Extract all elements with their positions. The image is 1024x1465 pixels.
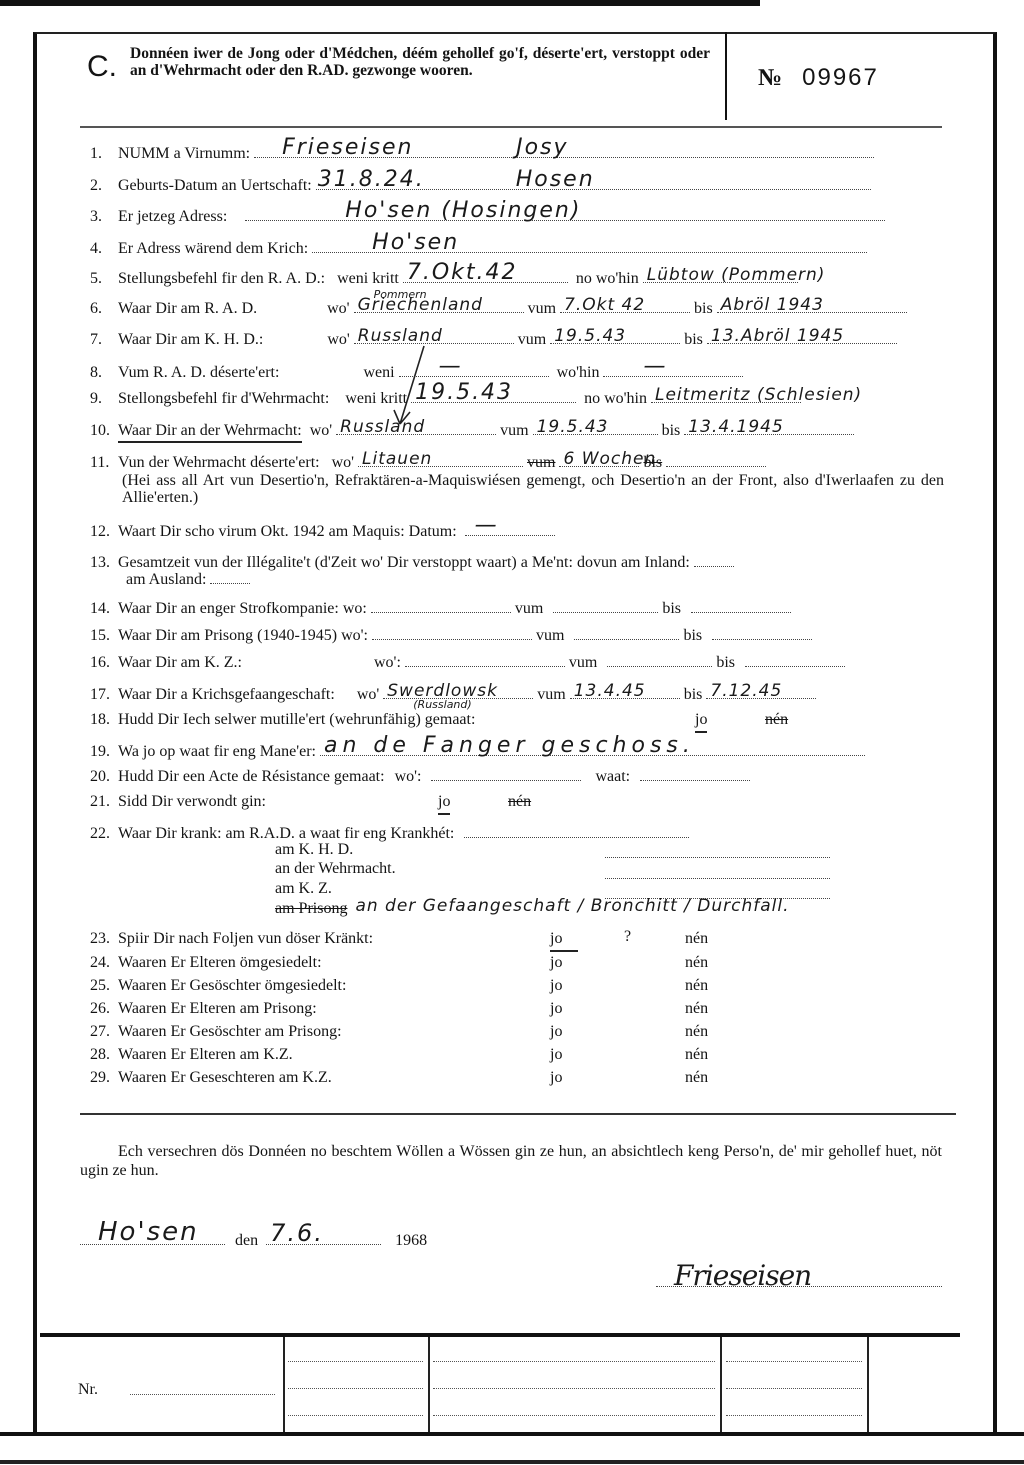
place-input[interactable]: Ho'sen — [80, 1230, 225, 1245]
siblings-resettled-yes-option[interactable]: jo — [550, 977, 562, 995]
declaration-text: Ech versechren dös Donnéen no beschtem W… — [80, 1142, 942, 1180]
illness-sub-kz: am K. Z. — [275, 880, 332, 898]
place-date-line: Ho'sen den 7.6. 1968 — [80, 1230, 427, 1250]
illness-effects-yes-option[interactable]: jo — [550, 930, 578, 952]
field-wehrmacht-order: 9.Stellongsbefehl fir d'Wehrmacht: weni … — [90, 388, 801, 408]
table-cell-line[interactable] — [288, 1361, 423, 1362]
table-divider — [283, 1337, 285, 1433]
prison-from-input[interactable] — [574, 625, 679, 640]
current-address-input[interactable]: Ho'sen (Hosingen) — [245, 206, 885, 221]
table-cell-line[interactable] — [433, 1415, 715, 1416]
nr-input[interactable] — [130, 1394, 275, 1395]
table-cell-line[interactable] — [433, 1361, 715, 1362]
penal-company-to-input[interactable] — [691, 598, 791, 613]
illness-wehrmacht-input[interactable] — [605, 864, 830, 879]
penal-company-location-input[interactable] — [371, 598, 511, 613]
field-khd-service: 7.Waar Dir am K. H. D.: wo' Russland vum… — [90, 329, 897, 349]
desertion-to-input[interactable] — [666, 452, 766, 467]
pow-to-input[interactable]: 7.12.45 — [706, 684, 816, 699]
field-war-address: 4.Er Adress wärend dem Krich: Ho'sen — [90, 238, 867, 258]
field-illness: 22.Waar Dir krank: am R.A.D. a waat fir … — [90, 823, 689, 843]
form-number: №09967 — [758, 64, 879, 92]
field-wehrmacht-service: 10.Waar Dir an der Wehrmacht: wo' Russla… — [90, 420, 854, 440]
table-cell-line[interactable] — [726, 1388, 862, 1389]
wehrmacht-location-input[interactable]: Russland — [336, 420, 496, 435]
illegality-abroad-input[interactable] — [210, 569, 250, 584]
field-birth: 2.Geburts-Datum an Uertschaft: 31.8.24. … — [90, 175, 871, 195]
field-penal-company: 14.Waar Dir an enger Strofkompanie: wo: … — [90, 598, 791, 618]
field-prison: 15.Waar Dir am Prisong (1940-1945) wo': … — [90, 625, 812, 645]
illness-khd-input[interactable] — [605, 843, 830, 858]
question-mark: ? — [624, 928, 631, 946]
illness-effects-no-option[interactable]: nén — [685, 930, 708, 948]
resistance-what-input[interactable] — [640, 766, 750, 781]
number-symbol: № — [758, 65, 784, 91]
rad-service-to-input[interactable]: Abröl 1943 — [717, 298, 907, 313]
table-cell-line[interactable] — [433, 1388, 715, 1389]
parents-prison-no-option[interactable]: nén — [685, 1000, 708, 1018]
illegality-inland-input[interactable] — [694, 552, 734, 567]
nr-label: Nr. — [78, 1381, 98, 1399]
maquis-date-input[interactable]: — — [465, 521, 555, 536]
mutilation-manner-input[interactable]: an de Fanger geschoss. — [320, 741, 865, 756]
illness-sub-wehrmacht: an der Wehrmacht. — [275, 860, 396, 878]
field-wounded: 21.Sidd Dir verwondt gin: — [90, 793, 266, 811]
kz-to-input[interactable] — [745, 652, 845, 667]
field-parents-prison: 26.Waaren Er Elteren am Prisong: — [90, 1000, 317, 1018]
birth-input[interactable]: 31.8.24. Hosen — [316, 175, 871, 190]
rad-desertion-destination-input[interactable]: — — [603, 362, 743, 377]
siblings-kz-yes-option[interactable]: jo — [550, 1069, 562, 1087]
field-parents-kz: 28.Waaren Er Elteren am K.Z. — [90, 1046, 293, 1064]
illness-sub-khd: am K. H. D. — [275, 841, 353, 859]
parents-resettled-yes-option[interactable]: jo — [550, 954, 562, 972]
desertion-from-input[interactable]: 6 Wochen — [559, 452, 639, 467]
prison-to-input[interactable] — [712, 625, 812, 640]
field-rad-service: 6.Waar Dir am R. A. D. wo' Pommern Griec… — [90, 298, 907, 318]
parents-kz-yes-option[interactable]: jo — [550, 1046, 562, 1064]
table-divider — [867, 1337, 869, 1433]
field-siblings-resettled: 25.Waaren Er Gesöschter ömgesiedelt: — [90, 977, 346, 995]
field-self-mutilation: 18.Hudd Dir Iech selwer mutille'ert (weh… — [90, 711, 475, 729]
field-mutilation-manner: 19.Wa jo op waat fir eng Mane'er: an de … — [90, 741, 865, 761]
section-letter: C. — [87, 50, 117, 84]
resistance-location-input[interactable] — [431, 766, 581, 781]
scan-edge-top — [0, 0, 760, 6]
table-divider — [720, 1337, 722, 1433]
khd-to-input[interactable]: 13.Abröl 1945 — [707, 329, 897, 344]
header-divider — [725, 32, 727, 120]
war-address-input[interactable]: Ho'sen — [312, 238, 867, 253]
parents-kz-no-option[interactable]: nén — [685, 1046, 708, 1064]
pow-location-input[interactable]: Swerdlowsk (Russland) — [383, 684, 533, 699]
field-parents-resettled: 24.Waaren Er Elteren ömgesiedelt: — [90, 954, 322, 972]
table-cell-line[interactable] — [288, 1388, 423, 1389]
rad-order-date-input[interactable]: 7.Okt.42 — [403, 268, 568, 283]
wehrmacht-to-input[interactable]: 13.4.1945 — [684, 420, 854, 435]
field-siblings-kz: 29.Waaren Er Geseschteren am K.Z. — [90, 1069, 332, 1087]
field-current-address: 3.Er jetzeg Adress: Ho'sen (Hosingen) — [90, 206, 885, 226]
header-rule — [80, 126, 942, 128]
prison-location-input[interactable] — [372, 625, 532, 640]
table-cell-line[interactable] — [726, 1415, 862, 1416]
field-wehrmacht-desertion: 11.Vun der Wehrmacht déserte'ert: wo' Li… — [90, 452, 766, 472]
siblings-prison-no-option[interactable]: nén — [685, 1023, 708, 1041]
wounded-no-option[interactable]: nén — [508, 793, 531, 811]
table-cell-line[interactable] — [288, 1415, 423, 1416]
kz-from-input[interactable] — [607, 652, 712, 667]
siblings-prison-yes-option[interactable]: jo — [550, 1023, 562, 1041]
desertion-note: (Hei ass all Art vun Desertio'n, Refrakt… — [122, 472, 944, 506]
illness-sub-prison: am Prisong an der Gefaangeschaft / Bronc… — [275, 899, 941, 918]
field-name: 1.NUMM a Virnumm: Frieseisen Josy — [90, 143, 874, 163]
khd-from-input[interactable]: 19.5.43 — [550, 329, 680, 344]
table-divider — [428, 1337, 430, 1433]
field-rad-order: 5.Stellungsbefehl fir den R. A. D.: weni… — [90, 268, 798, 288]
field-illegality-abroad: am Ausland: — [126, 569, 250, 589]
table-cell-line[interactable] — [726, 1361, 862, 1362]
rad-order-destination-input[interactable]: Lübtow (Pommern) — [643, 268, 798, 283]
field-resistance: 20.Hudd Dir een Acte de Résistance gemaa… — [90, 766, 750, 786]
form-title: Donnéen iwer de Jong oder d'Médchen, déé… — [130, 45, 710, 79]
desertion-location-input[interactable]: Litauen — [358, 452, 523, 467]
field-illness-effects: 23.Spiir Dir nach Foljen vun döser Kränk… — [90, 930, 373, 948]
kz-location-input[interactable] — [405, 652, 565, 667]
form-bottom-border — [0, 1432, 1024, 1436]
wehrmacht-order-date-input[interactable]: 19.5.43 — [411, 388, 576, 403]
illness-prison-input[interactable]: an der Gefaangeschaft / Bronchitt / Durc… — [351, 899, 941, 913]
parents-resettled-no-option[interactable]: nén — [685, 954, 708, 972]
signature-field[interactable]: Frieseisen — [656, 1272, 942, 1287]
section-rule — [80, 1113, 956, 1115]
siblings-kz-no-option[interactable]: nén — [685, 1069, 708, 1087]
pow-from-input[interactable]: 13.4.45 — [570, 684, 680, 699]
field-kz: 16.Waar Dir am K. Z.: wo': vum bis — [90, 652, 845, 672]
penal-company-from-input[interactable] — [553, 598, 658, 613]
field-maquis: 12.Waart Dir scho virum Okt. 1942 am Maq… — [90, 521, 555, 541]
illness-rad-input[interactable] — [464, 823, 689, 838]
wounded-yes-option[interactable]: jo — [438, 793, 450, 815]
self-mutilation-no-option[interactable]: nén — [765, 711, 788, 729]
khd-location-input[interactable]: Russland — [354, 329, 514, 344]
field-pow: 17.Waar Dir a Krichsgefaangeschaft: wo' … — [90, 684, 816, 704]
self-mutilation-yes-option[interactable]: jo — [695, 711, 707, 733]
wehrmacht-from-input[interactable]: 19.5.43 — [533, 420, 658, 435]
siblings-resettled-no-option[interactable]: nén — [685, 977, 708, 995]
parents-prison-yes-option[interactable]: jo — [550, 1000, 562, 1018]
scan-edge-bottom — [0, 1460, 1024, 1464]
field-siblings-prison: 27.Waaren Er Gesöschter am Prisong: — [90, 1023, 342, 1041]
name-input[interactable]: Frieseisen Josy — [254, 143, 874, 158]
office-use-table: Nr. — [40, 1333, 960, 1435]
date-input[interactable]: 7.6. — [266, 1230, 381, 1245]
form-number-value: 09967 — [802, 64, 879, 91]
rad-service-location-input[interactable]: Pommern Griechenland — [354, 298, 524, 313]
wehrmacht-order-destination-input[interactable]: Leitmeritz (Schlesien) — [651, 388, 801, 403]
rad-service-from-input[interactable]: 7.Okt 42 — [560, 298, 690, 313]
